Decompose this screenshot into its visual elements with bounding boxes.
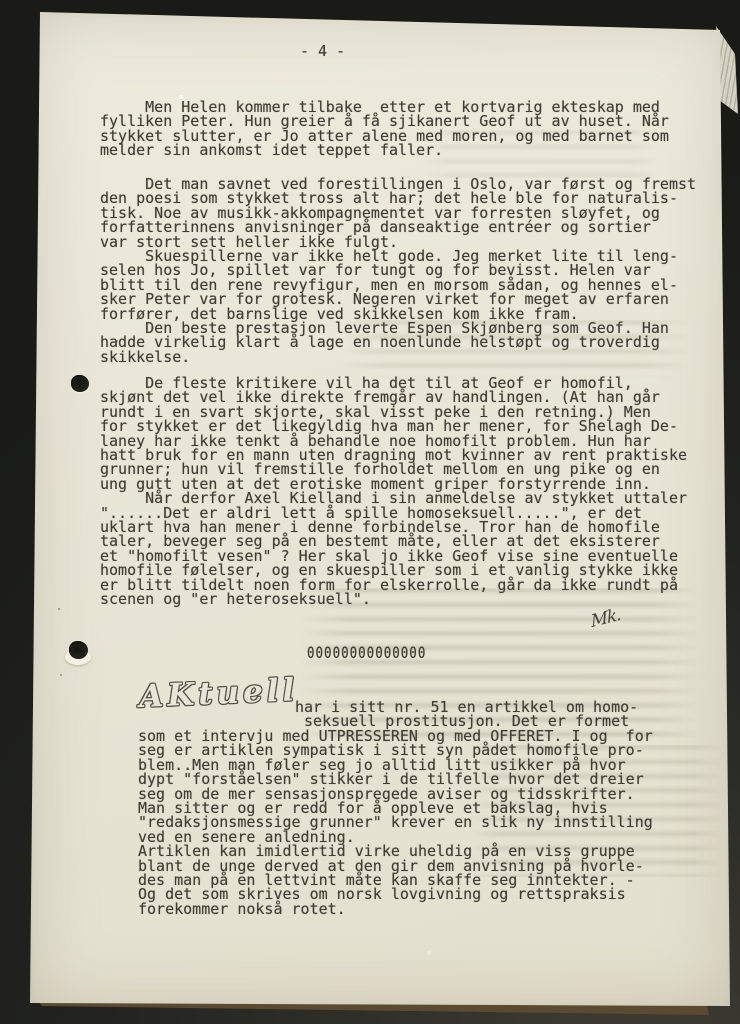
paragraph-critics-geof: De fleste kritikere vil ha det til at Ge… bbox=[100, 376, 687, 607]
page-number: - 4 - bbox=[300, 44, 345, 58]
aktuell-intro-lines: har i sitt nr. 51 en artikkel om homo- s… bbox=[295, 700, 638, 729]
paragraph-oslo-performance: Det man savnet ved forestillingen i Oslo… bbox=[100, 177, 696, 364]
photo-background: - 4 - Men Helen kommer tilbake etter et … bbox=[0, 0, 740, 1024]
punch-hole-bottom bbox=[69, 641, 88, 659]
paper-specks bbox=[28, 10, 30, 12]
paragraph-helen-returns: Men Helen kommer tilbake etter et kortva… bbox=[100, 100, 669, 158]
punch-hole-top bbox=[71, 375, 89, 392]
aktuell-article-paragraph: som et intervju med UTPRESSEREN og med O… bbox=[138, 729, 653, 916]
section-divider-marks: 00000000000000 bbox=[307, 645, 426, 661]
document-page: - 4 - Men Helen kommer tilbake etter et … bbox=[28, 10, 734, 1010]
aktuell-logo: AKtuell bbox=[139, 673, 299, 714]
